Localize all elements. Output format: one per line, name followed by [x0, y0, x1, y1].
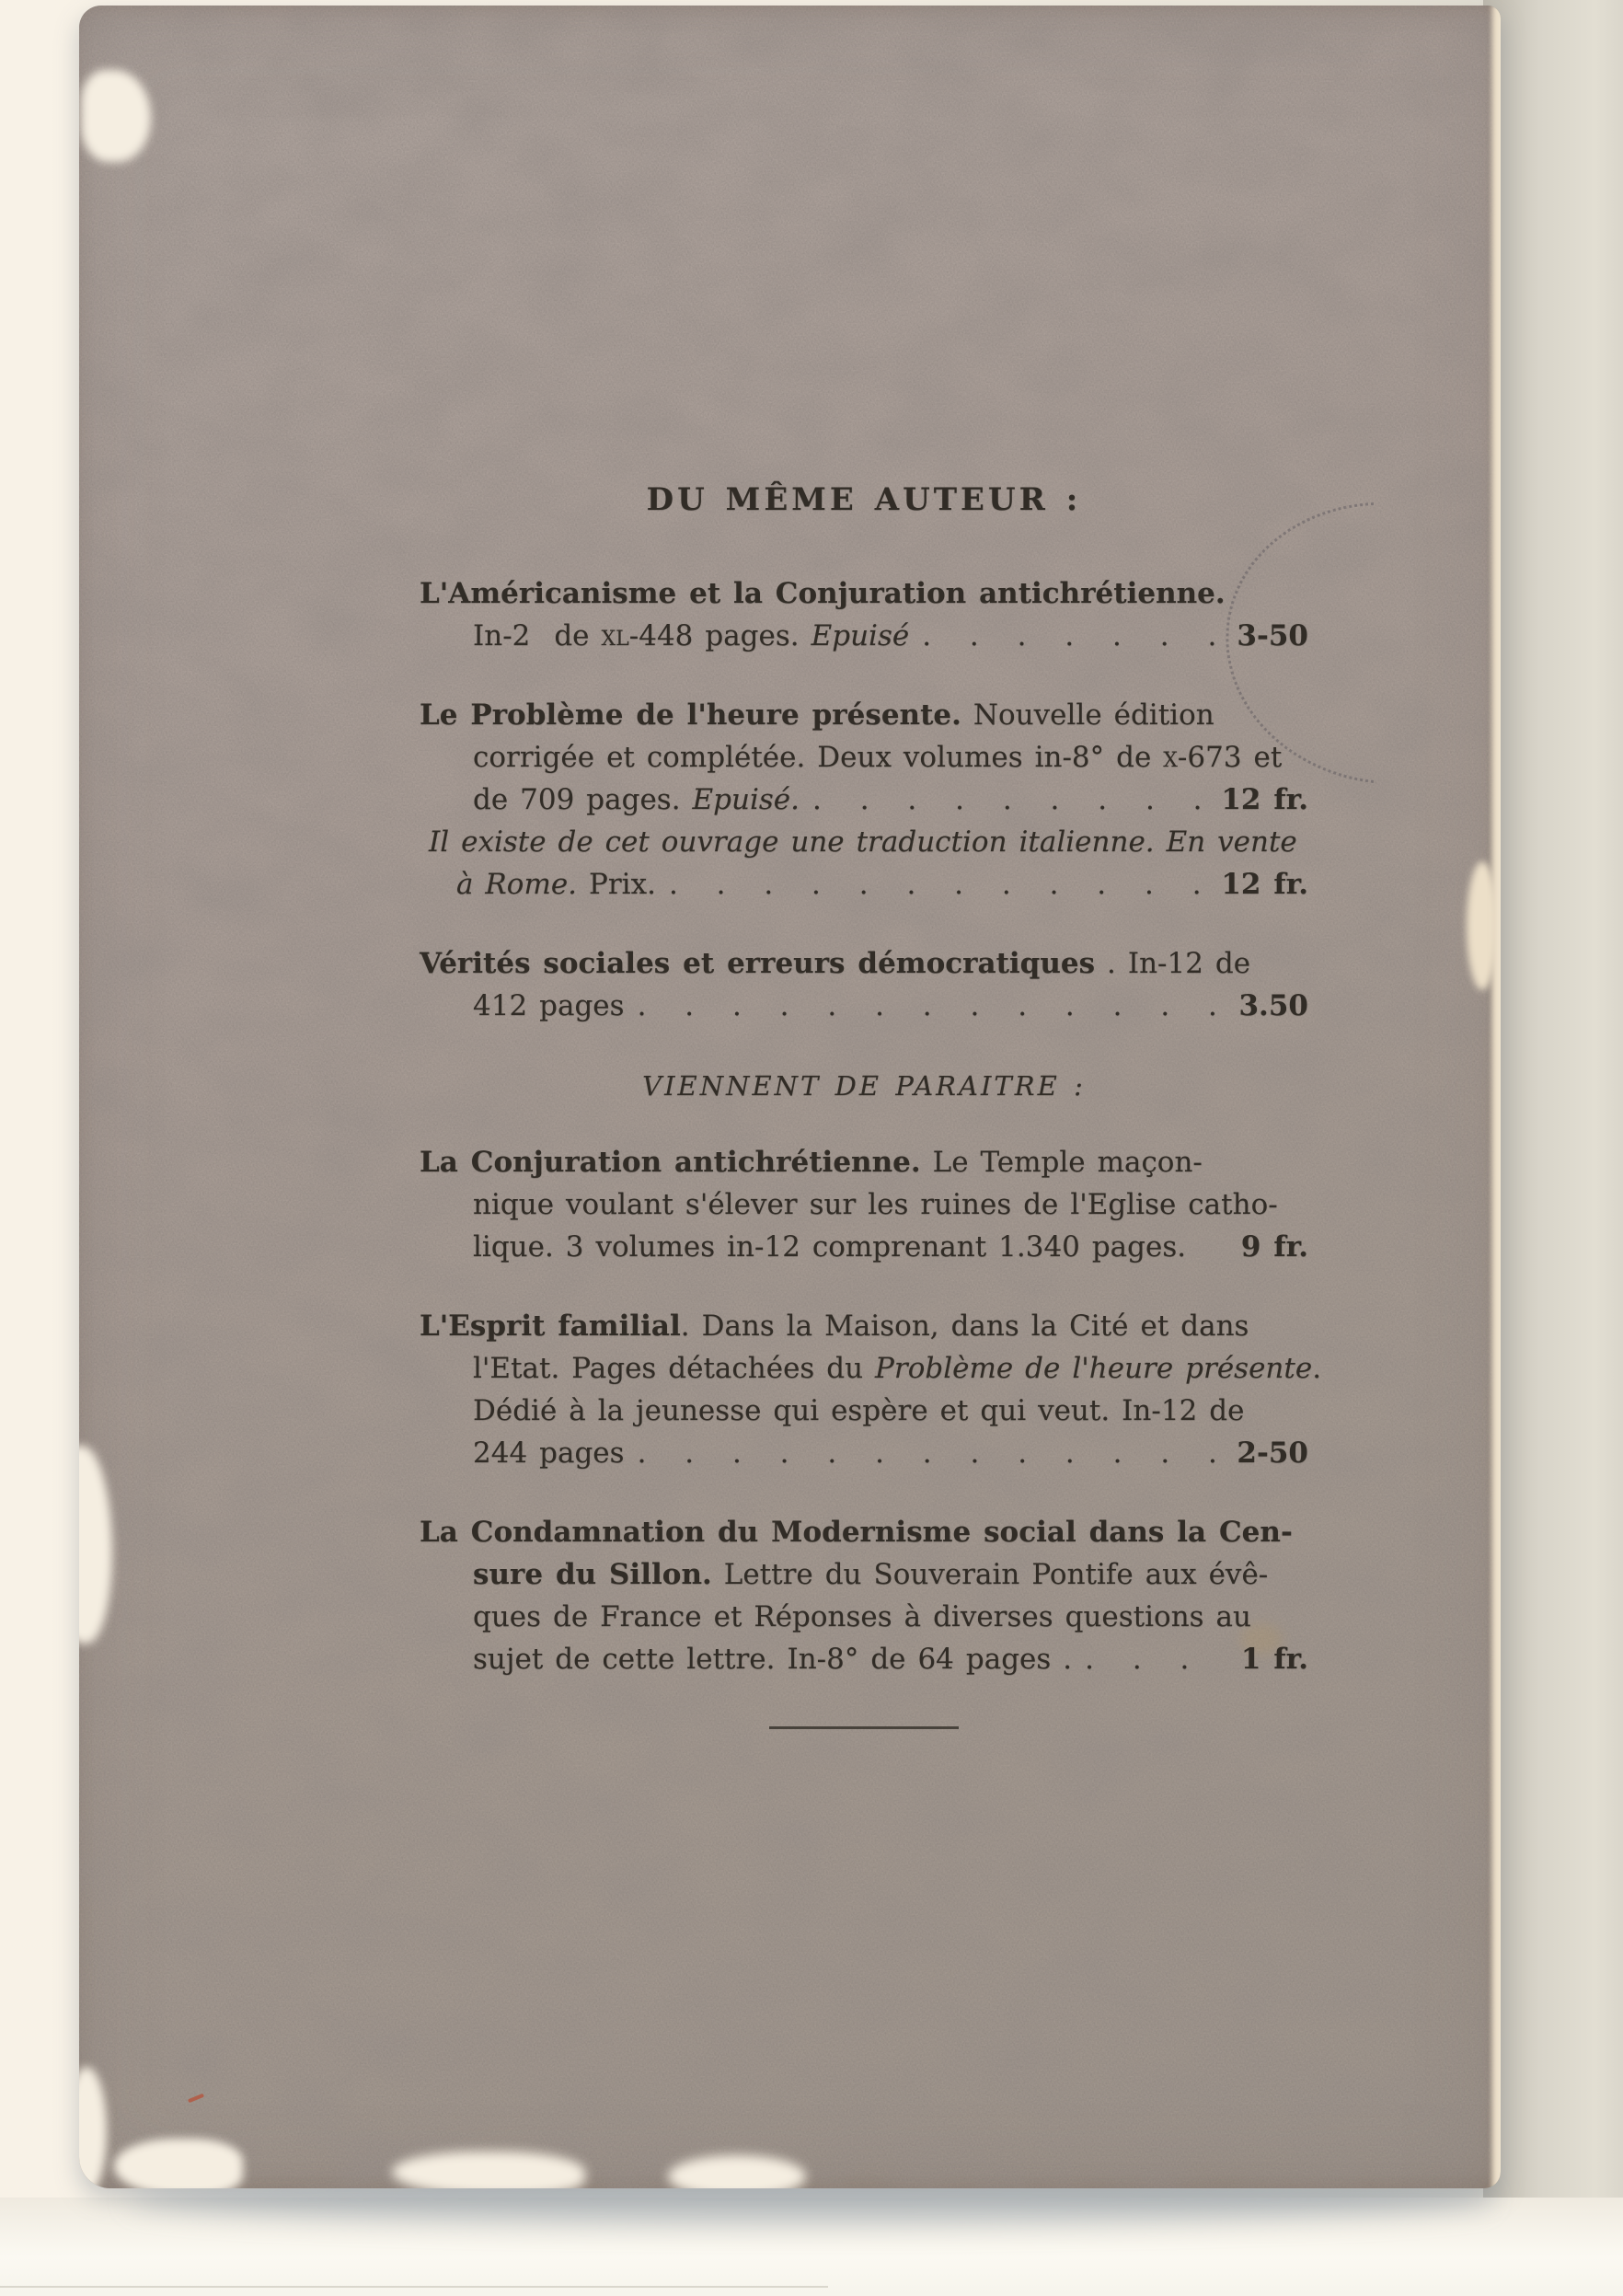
text-segment: Il existe de cet ouvrage une traduction … [429, 825, 1297, 859]
price: 12 fr. [1208, 779, 1308, 821]
list-item: Vérités sociales et erreurs démocratique… [420, 942, 1308, 1027]
text-segment: Dédié à la jeunesse qui espère et qui ve… [473, 1394, 1244, 1427]
text-line: de 709 pages. Epuisé.. . . . . . . . . .… [420, 779, 1308, 821]
list-item: La Condamnation du Modernisme social dan… [420, 1511, 1308, 1680]
section-heading: VIENNENT DE PARAITRE : [420, 1067, 1308, 1104]
book-pages-edge [1483, 0, 1623, 2201]
leader-dots: . . . . . . . . . . . . . . . . [656, 863, 1208, 906]
text-line: Le Problème de l'heure présente. Nouvell… [420, 694, 1308, 736]
text-line: La Condamnation du Modernisme social dan… [420, 1511, 1308, 1553]
torn-paper-edge [1489, 6, 1501, 2188]
line-text: 244 pages [473, 1432, 625, 1474]
text-segment: sujet de cette lettre. In-8° de 64 pages… [473, 1643, 1072, 1676]
text-segment: 412 pages [473, 989, 625, 1022]
text-line: l'Etat. Pages détachées du Problème de l… [420, 1347, 1308, 1390]
worn-edge-patch [81, 70, 151, 162]
text-segment: In-2 de [473, 619, 601, 652]
text-line: nique voulant s'élever sur les ruines de… [420, 1183, 1308, 1226]
text-line: à Rome. Prix.. . . . . . . . . . . . . .… [420, 863, 1308, 906]
leader-dots: . . . . . . . . . . . . . . . . [909, 615, 1224, 657]
text-segment: Problème de l'heure présente [875, 1352, 1312, 1385]
list-item: L'Américanisme et la Conjuration antichr… [420, 572, 1308, 657]
text-segment: Vérités sociales et erreurs démocratique… [420, 947, 1095, 980]
price: 9 fr. [1228, 1226, 1308, 1268]
line-text: ques de France et Réponses à diverses qu… [473, 1596, 1251, 1638]
text-segment: lique. 3 volumes in-12 comprenant 1.340 … [473, 1230, 1186, 1263]
line-text: corrigée et complétée. Deux volumes in-8… [473, 736, 1282, 779]
text-line: In-2 de xl-448 pages. Epuisé. . . . . . … [420, 615, 1308, 657]
line-text: Dédié à la jeunesse qui espère et qui ve… [473, 1390, 1244, 1432]
divider-rule [769, 1726, 959, 1729]
text-segment: à Rome. [456, 868, 577, 901]
text-segment: -448 pages. [629, 619, 811, 652]
line-text: La Condamnation du Modernisme social dan… [420, 1511, 1293, 1553]
leader-dots: . . . . . . . . [1072, 1638, 1228, 1680]
leader-dots: . . . . . . . . . . . . . . . . [625, 985, 1226, 1027]
text-segment: Le Temple maçon- [921, 1146, 1203, 1179]
text-segment: L'Américanisme et la Conjuration antichr… [420, 577, 1226, 610]
text-segment: Epuisé [811, 619, 910, 652]
line-text: L'Américanisme et la Conjuration antichr… [420, 572, 1226, 615]
price: 3.50 [1226, 985, 1308, 1027]
line-text: à Rome. Prix. [456, 863, 656, 906]
page-title: DU MÊME AUTEUR : [420, 479, 1308, 521]
line-text: lique. 3 volumes in-12 comprenant 1.340 … [473, 1226, 1186, 1268]
text-segment: . Dans la Maison, dans la Cité et dans [681, 1310, 1249, 1343]
text-segment: -673 et [1178, 741, 1282, 774]
text-segment: La Condamnation du Modernisme social dan… [420, 1516, 1293, 1549]
list-item: La Conjuration antichrétienne. Le Temple… [420, 1141, 1308, 1268]
worn-edge-patch [114, 2139, 243, 2188]
line-text: L'Esprit familial. Dans la Maison, dans … [420, 1305, 1249, 1347]
text-line: sujet de cette lettre. In-8° de 64 pages… [420, 1638, 1308, 1680]
text-segment: xl [601, 619, 628, 652]
line-text: de 709 pages. Epuisé. [473, 779, 800, 821]
text-line: Vérités sociales et erreurs démocratique… [420, 942, 1308, 985]
text-segment: nique voulant s'élever sur les ruines de… [473, 1188, 1278, 1221]
line-text: l'Etat. Pages détachées du Problème de l… [473, 1347, 1321, 1390]
text-segment: La Conjuration antichrétienne. [420, 1146, 921, 1179]
line-text: sure du Sillon. Lettre du Souverain Pont… [473, 1553, 1268, 1596]
text-segment: x [1163, 741, 1178, 774]
book-list: DU MÊME AUTEUR :L'Américanisme et la Con… [420, 479, 1308, 1729]
price: 2-50 [1224, 1432, 1308, 1474]
text-line: Il existe de cet ouvrage une traduction … [420, 821, 1308, 863]
text-segment: L'Esprit familial [420, 1310, 681, 1343]
price: 12 fr. [1208, 863, 1308, 906]
text-segment: Lettre du Souverain Pontife aux évê- [712, 1558, 1268, 1591]
line-text: sujet de cette lettre. In-8° de 64 pages… [473, 1638, 1072, 1680]
text-segment: corrigée et complétée. Deux volumes in-8… [473, 741, 1163, 774]
text-line: lique. 3 volumes in-12 comprenant 1.340 … [420, 1226, 1308, 1268]
text-line: 412 pages. . . . . . . . . . . . . . . .… [420, 985, 1308, 1027]
text-line: sure du Sillon. Lettre du Souverain Pont… [420, 1553, 1308, 1596]
text-segment: 244 pages [473, 1436, 625, 1470]
text-segment: ques de France et Réponses à diverses qu… [473, 1600, 1251, 1633]
line-text: 412 pages [473, 985, 625, 1027]
text-segment: . [1312, 1352, 1321, 1385]
line-text: Vérités sociales et erreurs démocratique… [420, 942, 1250, 985]
line-text: nique voulant s'élever sur les ruines de… [473, 1183, 1278, 1226]
text-segment: Prix. [577, 868, 656, 901]
list-item: L'Esprit familial. Dans la Maison, dans … [420, 1305, 1308, 1474]
worn-edge-patch [392, 2152, 585, 2188]
scan-page: DU MÊME AUTEUR :L'Américanisme et la Con… [0, 0, 1623, 2296]
text-segment: sure du Sillon. [473, 1558, 712, 1591]
book-back-cover: DU MÊME AUTEUR :L'Américanisme et la Con… [79, 6, 1501, 2188]
line-text: Il existe de cet ouvrage une traduction … [429, 821, 1297, 863]
leader-dots: . . . . . . . . . . . . . . . . [625, 1432, 1225, 1474]
text-segment: Nouvelle édition [961, 698, 1214, 732]
text-line: Dédié à la jeunesse qui espère et qui ve… [420, 1390, 1308, 1432]
price: 3-50 [1224, 615, 1308, 657]
text-segment: Epuisé. [693, 783, 800, 816]
text-segment: de 709 pages. [473, 783, 693, 816]
text-segment: . In-12 de [1095, 947, 1250, 980]
text-line: La Conjuration antichrétienne. Le Temple… [420, 1141, 1308, 1183]
text-segment: Le Problème de l'heure présente. [420, 698, 961, 732]
line-text: In-2 de xl-448 pages. Epuisé [473, 615, 909, 657]
line-text: Le Problème de l'heure présente. Nouvell… [420, 694, 1214, 736]
text-line: 244 pages. . . . . . . . . . . . . . . .… [420, 1432, 1308, 1474]
price: 1 fr. [1228, 1638, 1308, 1680]
line-text: La Conjuration antichrétienne. Le Temple… [420, 1141, 1203, 1183]
text-line: ques de France et Réponses à diverses qu… [420, 1596, 1308, 1638]
leader-dots: . . . . . . . . . . . . . . . . [800, 779, 1208, 821]
list-item: Le Problème de l'heure présente. Nouvell… [420, 694, 1308, 906]
text-line: L'Esprit familial. Dans la Maison, dans … [420, 1305, 1308, 1347]
text-line: corrigée et complétée. Deux volumes in-8… [420, 736, 1308, 779]
text-segment: l'Etat. Pages détachées du [473, 1352, 875, 1385]
scan-artifact-line [0, 2286, 828, 2288]
text-line: L'Américanisme et la Conjuration antichr… [420, 572, 1308, 615]
